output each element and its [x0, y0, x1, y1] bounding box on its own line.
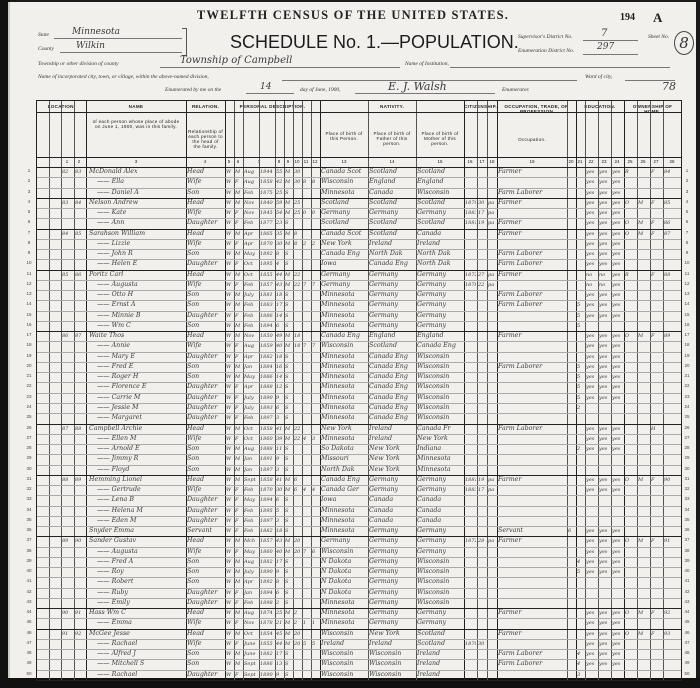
cell-imm: 1870: [465, 198, 476, 208]
cell-year: 1860: [260, 547, 274, 557]
cell-color: W: [226, 495, 233, 505]
cell-bp-father: Germany: [369, 536, 415, 546]
cell-relation: Wife: [187, 547, 224, 557]
cell-name: —— Fred E: [87, 362, 195, 372]
cell-name: McGee Jesse: [87, 629, 187, 639]
cell-write: yes: [599, 208, 610, 218]
cell-english: yes: [612, 526, 623, 536]
state-label: State: [38, 32, 49, 38]
cell-english: yes: [612, 444, 623, 454]
line-number-right: 48: [682, 650, 692, 655]
cell-yrs-married: 20: [294, 639, 301, 649]
cell-own: O: [625, 608, 636, 618]
line-number-left: 29: [24, 455, 34, 460]
cell-bp-mother: Canada Fr: [417, 424, 463, 434]
cell-name: Sander Gustav: [87, 536, 187, 546]
cell-english: yes: [612, 629, 623, 639]
cell-sex: F: [235, 239, 242, 249]
cell-occupation: Farmer: [498, 270, 566, 280]
cell-sex: F: [235, 311, 242, 321]
cell-yrs-married: 20: [294, 629, 301, 639]
cell-marital: S: [285, 649, 292, 659]
cell-relation: Head: [187, 475, 224, 485]
cell-bp-father: Germany: [369, 280, 415, 290]
line-number-right: 17: [682, 332, 692, 337]
cell-bp-mother: Wisconsin: [417, 393, 463, 403]
cell-bp: Minnesota: [321, 598, 367, 608]
cell-age: 3: [276, 413, 283, 423]
cell-age: 30: [276, 239, 283, 249]
line-number-left: 32: [24, 486, 34, 491]
cell-month: Jan: [244, 588, 258, 598]
cell-bp-mother: Wisconsin: [417, 362, 463, 372]
cell-year: 1892: [260, 249, 274, 259]
cell-bp: Ireland: [321, 639, 367, 649]
cell-living: 6: [312, 547, 319, 557]
cell-imm: 1872: [465, 536, 476, 546]
cell-yrs-us: 17: [478, 485, 486, 495]
cell-relation: Son: [187, 188, 224, 198]
cell-color: W: [226, 208, 233, 218]
cell-write: no: [599, 270, 610, 280]
table-row: —— FloydSonWMJan18973SNorth DakNew YorkM…: [37, 465, 681, 475]
cell-bp-mother: Canada: [417, 516, 463, 526]
cell-living: 8: [312, 177, 319, 187]
cell-sex: F: [235, 393, 242, 403]
line-number-left: 16: [24, 322, 34, 327]
cell-sex: F: [235, 352, 242, 362]
cell-dwelling: 88: [62, 475, 73, 485]
cell-bp-father: Canada Eng: [369, 403, 415, 413]
line-number-right: 13: [682, 291, 692, 296]
county-value: Wilkin: [76, 41, 105, 51]
line-number-right: 23: [682, 394, 692, 399]
township-label: Township or other division of county: [38, 61, 119, 67]
cell-bp-mother: Wisconsin: [417, 567, 463, 577]
cell-age: 55: [276, 167, 283, 177]
cell-marital: M: [285, 629, 292, 639]
cell-occupation: Farmer: [498, 218, 566, 228]
cell-age: 6: [276, 321, 283, 331]
cell-name: Nelson Andrew: [87, 198, 187, 208]
table-row: —— Florence EDaughterWFApr188812SMinneso…: [37, 382, 681, 392]
cell-bp-mother: Indiana: [417, 444, 463, 454]
line-number-left: 13: [24, 291, 34, 296]
cell-relation: Daughter: [187, 218, 224, 228]
cell-own: O: [625, 475, 636, 485]
cell-age: 9: [276, 567, 283, 577]
cell-write: yes: [599, 557, 610, 567]
line-number-left: 3: [24, 189, 34, 194]
cell-write: yes: [599, 362, 610, 372]
cell-month: Jan: [244, 465, 258, 475]
cell-mother: 7: [303, 280, 310, 290]
cell-month: May: [244, 372, 258, 382]
cell-bp: N Dakota: [321, 567, 367, 577]
cell-bp-mother: Wisconsin: [417, 352, 463, 362]
cell-english: yes: [612, 239, 623, 249]
column-number: 17: [477, 159, 487, 164]
cell-read: yes: [586, 331, 597, 341]
cell-living: 1: [312, 618, 319, 628]
cell-name: —— Carrie M: [87, 393, 195, 403]
cell-month: Feb: [244, 516, 258, 526]
cell-year: 1870: [260, 485, 274, 495]
cell-free: M: [638, 608, 649, 618]
table-row: —— Minnie BDaughterWFFeb188614SMinnesota…: [37, 311, 681, 321]
cell-relation: Daughter: [187, 588, 224, 598]
line-number-right: 50: [682, 671, 692, 676]
cell-year: 1883: [260, 300, 274, 310]
cell-bp-father: Canada Eng: [369, 259, 415, 269]
cell-read: yes: [586, 393, 597, 403]
cell-color: W: [226, 177, 233, 187]
line-number-left: 42: [24, 589, 34, 594]
cell-read: yes: [586, 362, 597, 372]
cell-month: Apr: [244, 577, 258, 587]
cell-write: yes: [599, 372, 610, 382]
column-group-citizenship: CITIZENSHIP.: [464, 104, 497, 109]
enumeration-label: Enumeration District No.: [518, 48, 574, 54]
table-row: —— Alfred JSonWMJune188217SWisconsinWisc…: [37, 649, 681, 659]
cell-marital: S: [285, 495, 292, 505]
cell-month: Feb: [244, 413, 258, 423]
cell-imm: 1870: [465, 639, 476, 649]
cell-write: yes: [599, 475, 610, 485]
cell-write: yes: [599, 567, 610, 577]
cell-color: W: [226, 393, 233, 403]
cell-bp: Minnesota: [321, 362, 367, 372]
cell-bp: Wisconsin: [321, 670, 367, 680]
cell-sex: F: [235, 208, 242, 218]
cell-relation: Wife: [187, 280, 224, 290]
cell-yrs-us: 22: [478, 280, 486, 290]
cell-month: Oct: [244, 270, 258, 280]
cell-living: 7: [312, 280, 319, 290]
cell-farm: F: [651, 331, 662, 341]
line-number-right: 36: [682, 527, 692, 532]
cell-color: W: [226, 249, 233, 259]
cell-yrs-married: 25: [294, 198, 301, 208]
cell-bp-mother: Wisconsin: [417, 382, 463, 392]
cell-color: W: [226, 300, 233, 310]
cell-name: —— Mitchell S: [87, 659, 195, 669]
cell-bp-father: Germany: [369, 577, 415, 587]
cell-age: 3: [276, 465, 283, 475]
cell-bp-mother: Wisconsin: [417, 577, 463, 587]
cell-color: W: [226, 649, 233, 659]
table-row: —— EllaWifeWFAug185842M3088WisconsinEngl…: [37, 177, 681, 187]
cell-month: Nov: [244, 208, 258, 218]
cell-color: W: [226, 454, 233, 464]
cell-relation: Wife: [187, 208, 224, 218]
cell-month: Jan: [244, 454, 258, 464]
column-group-education: EDUCATION.: [576, 104, 624, 109]
cell-sched: 89: [664, 331, 680, 341]
cell-bp-mother: Germany: [417, 300, 463, 310]
cell-bp: Canada Scot: [321, 167, 367, 177]
document-title: TWELFTH CENSUS OF THE UNITED STATES.: [10, 8, 696, 23]
line-number-left: 4: [24, 199, 34, 204]
cell-occupation: Farm Laborer: [498, 259, 566, 269]
cell-age: 54: [276, 208, 283, 218]
line-number-right: 39: [682, 558, 692, 563]
cell-bp-father: New York: [369, 454, 415, 464]
cell-sex: F: [235, 177, 242, 187]
cell-school: 4: [577, 649, 584, 659]
cell-age: 35: [276, 229, 283, 239]
cell-english: yes: [612, 311, 623, 321]
cell-yrs-married: 6: [294, 475, 301, 485]
line-number-right: 10: [682, 260, 692, 265]
cell-month: Nov: [244, 331, 258, 341]
cell-month: Oct: [244, 259, 258, 269]
cell-name: —— Florence E: [87, 382, 195, 392]
cell-free: M: [638, 218, 649, 228]
cell-sex: F: [235, 341, 242, 351]
cell-name: Hass Wm C: [87, 608, 187, 618]
cell-sex: M: [235, 249, 242, 259]
cell-free: M: [638, 536, 649, 546]
line-number-right: 20: [682, 363, 692, 368]
cell-english: yes: [612, 475, 623, 485]
cell-name: McDonald Alex: [87, 167, 187, 177]
cell-occupation: Farmer: [498, 167, 566, 177]
cell-month: July: [244, 567, 258, 577]
cell-write: yes: [599, 311, 610, 321]
column-number: 3: [131, 159, 141, 164]
cell-relation: Son: [187, 444, 224, 454]
cell-month: Aug: [244, 557, 258, 567]
cell-bp-mother: Minnesota: [417, 465, 463, 475]
cell-bp-father: New York: [369, 444, 415, 454]
line-number-right: 24: [682, 404, 692, 409]
table-row: —— Eden MDaughterWFFeb18973SMinnesotaCan…: [37, 516, 681, 526]
institution-underline: [450, 67, 670, 68]
cell-dwelling: 90: [62, 608, 73, 618]
cell-write: yes: [599, 424, 610, 434]
cell-read: yes: [586, 218, 597, 228]
cell-bp: Minnesota: [321, 393, 367, 403]
cell-bp: Minnesota: [321, 434, 367, 444]
cell-color: W: [226, 341, 233, 351]
cell-sex: M: [235, 424, 242, 434]
cell-name: —— Ellen M: [87, 434, 195, 444]
cell-color: W: [226, 506, 233, 516]
cell-yrs-married: 25: [294, 208, 301, 218]
cell-age: 21: [276, 618, 283, 628]
line-number-right: 22: [682, 383, 692, 388]
cell-bp: Germany: [321, 536, 367, 546]
cell-month: Feb: [244, 321, 258, 331]
cell-sex: M: [235, 167, 242, 177]
line-number-right: 35: [682, 517, 692, 522]
cell-bp: Minnesota: [321, 403, 367, 413]
line-number-left: 37: [24, 537, 34, 542]
cell-color: W: [226, 475, 233, 485]
line-number-left: 8: [24, 240, 34, 245]
line-number-left: 36: [24, 527, 34, 532]
county-underline: [60, 52, 182, 53]
column-number: 19: [527, 159, 537, 164]
cell-read: yes: [586, 177, 597, 187]
line-number-right: 31: [682, 476, 692, 481]
cell-color: W: [226, 618, 233, 628]
cell-write: yes: [599, 485, 610, 495]
cell-sched: 92: [664, 608, 680, 618]
cell-relation: Wife: [187, 239, 224, 249]
table-row: —— Wm CSonWMFeb18946SMinnesotaGermanyGer…: [37, 321, 681, 331]
cell-relation: Daughter: [187, 413, 224, 423]
cell-occupation: Farmer: [498, 331, 566, 341]
header-rule: [37, 112, 681, 113]
cell-name: Snyder Emma: [87, 526, 187, 536]
cell-color: W: [226, 424, 233, 434]
cell-write: yes: [599, 659, 610, 669]
cell-sex: M: [235, 557, 242, 567]
cell-age: 6: [276, 588, 283, 598]
cell-own: O: [625, 536, 636, 546]
cell-year: 1898: [260, 598, 274, 608]
cell-month: Mch: [244, 536, 258, 546]
line-number-right: 19: [682, 353, 692, 358]
cell-yrs-married: 22: [294, 424, 301, 434]
cell-sex: F: [235, 280, 242, 290]
cell-occupation: Farmer: [498, 536, 566, 546]
line-number-left: 41: [24, 578, 34, 583]
cell-bp-mother: Germany: [417, 618, 463, 628]
line-number-left: 35: [24, 517, 34, 522]
cell-marital: S: [285, 300, 292, 310]
column-number: 15: [435, 159, 445, 164]
column-header-relation-desc: Relationship of each person to the head …: [188, 129, 223, 149]
cell-occupation: Farm Laborer: [498, 249, 566, 259]
cell-month: Feb: [244, 188, 258, 198]
cell-read: yes: [586, 311, 597, 321]
cell-name: —— Rachael: [87, 639, 195, 649]
cell-english: yes: [612, 218, 623, 228]
cell-year: 1895: [260, 259, 274, 269]
cell-read: yes: [586, 475, 597, 485]
cell-marital: M: [285, 229, 292, 239]
cell-color: W: [226, 434, 233, 444]
cell-sex: F: [235, 588, 242, 598]
cell-month: Nov: [244, 618, 258, 628]
cell-bp-father: Germany: [369, 567, 415, 577]
cell-bp-mother: Germany: [417, 475, 463, 485]
cell-sex: F: [235, 516, 242, 526]
cell-read: yes: [586, 208, 597, 218]
cell-school: 2: [577, 403, 584, 413]
cell-name: —— Ernst A: [87, 300, 195, 310]
cell-name: —— Rachael: [87, 670, 195, 680]
line-number-right: 26: [682, 425, 692, 430]
cell-bp-mother: Wisconsin: [417, 188, 463, 198]
cell-year: 1875: [260, 188, 274, 198]
table-row: —— Helena MDaughterWFFeb18955SMinnesotaC…: [37, 506, 681, 516]
cell-occupation: Farmer: [498, 229, 566, 239]
cell-read: yes: [586, 444, 597, 454]
township-underline: [160, 67, 400, 68]
cell-marital: S: [285, 659, 292, 669]
cell-sex: M: [235, 608, 242, 618]
cell-year: 1844: [260, 167, 274, 177]
column-group-nativity: NATIVITY.: [320, 104, 464, 109]
cell-month: Nov: [244, 198, 258, 208]
cell-bp: Scotland: [321, 198, 367, 208]
cell-sex: F: [235, 506, 242, 516]
enumerated-day: 14: [260, 82, 271, 92]
cell-write: yes: [599, 608, 610, 618]
cell-yrs-married: 8: [294, 229, 301, 239]
cell-imm: 1881: [465, 218, 476, 228]
cell-free: M: [638, 629, 649, 639]
cell-age: 59: [276, 198, 283, 208]
cell-year: 1882: [260, 526, 274, 536]
line-number-right: 38: [682, 548, 692, 553]
cell-bp-father: Germany: [369, 557, 415, 567]
cell-marital: M: [285, 341, 292, 351]
line-number-left: 46: [24, 630, 34, 635]
cell-dwelling: 86: [62, 331, 73, 341]
column-number: 13: [339, 159, 349, 164]
enumeration-value: 297: [597, 42, 614, 52]
cell-yrs-us: 19: [478, 218, 486, 228]
cell-marital: S: [285, 567, 292, 577]
cell-family: 87: [75, 331, 85, 341]
cell-color: W: [226, 321, 233, 331]
cell-write: yes: [599, 239, 610, 249]
cell-relation: Son: [187, 567, 224, 577]
cell-bp: Minnesota: [321, 516, 367, 526]
cell-own: O: [625, 229, 636, 239]
cell-write: yes: [599, 331, 610, 341]
line-number-right: 7: [682, 230, 692, 235]
table-row: Snyder EmmaServantWFFeb188218SMinnesotaG…: [37, 526, 681, 536]
cell-color: W: [226, 516, 233, 526]
cell-age: 16: [276, 362, 283, 372]
cell-marital: M: [285, 618, 292, 628]
cell-name: —— Lena B: [87, 495, 195, 505]
table-row: —— Daniel ASonWMFeb187525SMinnesotaCanad…: [37, 188, 681, 198]
cell-bp-father: Canada Eng: [369, 362, 415, 372]
cell-bp-father: Canada Eng: [369, 382, 415, 392]
cell-age: 49: [276, 331, 283, 341]
cell-sex: M: [235, 188, 242, 198]
cell-year: 1855: [260, 270, 274, 280]
cell-age: 40: [276, 547, 283, 557]
line-number-right: 49: [682, 660, 692, 665]
cell-bp: Germany: [321, 280, 367, 290]
cell-read: yes: [586, 485, 597, 495]
table-row: 8586Poritz CarlHeadWMOct185544M22Germany…: [37, 270, 681, 280]
cell-sex: F: [235, 485, 242, 495]
cell-nat: pa: [488, 280, 496, 290]
cell-month: Feb: [244, 218, 258, 228]
cell-age: 9: [276, 393, 283, 403]
cell-month: July: [244, 403, 258, 413]
cell-month: Feb: [244, 526, 258, 536]
sheet-number-circle: 8: [674, 31, 694, 55]
table-row: —— Jimmy RSonWMJan18919SMissouriNew York…: [37, 454, 681, 464]
line-number-right: 3: [682, 189, 692, 194]
state-value: Minnesota: [72, 27, 120, 37]
cell-own: O: [625, 198, 636, 208]
cell-marital: M: [285, 536, 292, 546]
cell-mother: 8: [303, 177, 310, 187]
cell-bp-mother: New York: [417, 434, 463, 444]
cell-read: yes: [586, 557, 597, 567]
